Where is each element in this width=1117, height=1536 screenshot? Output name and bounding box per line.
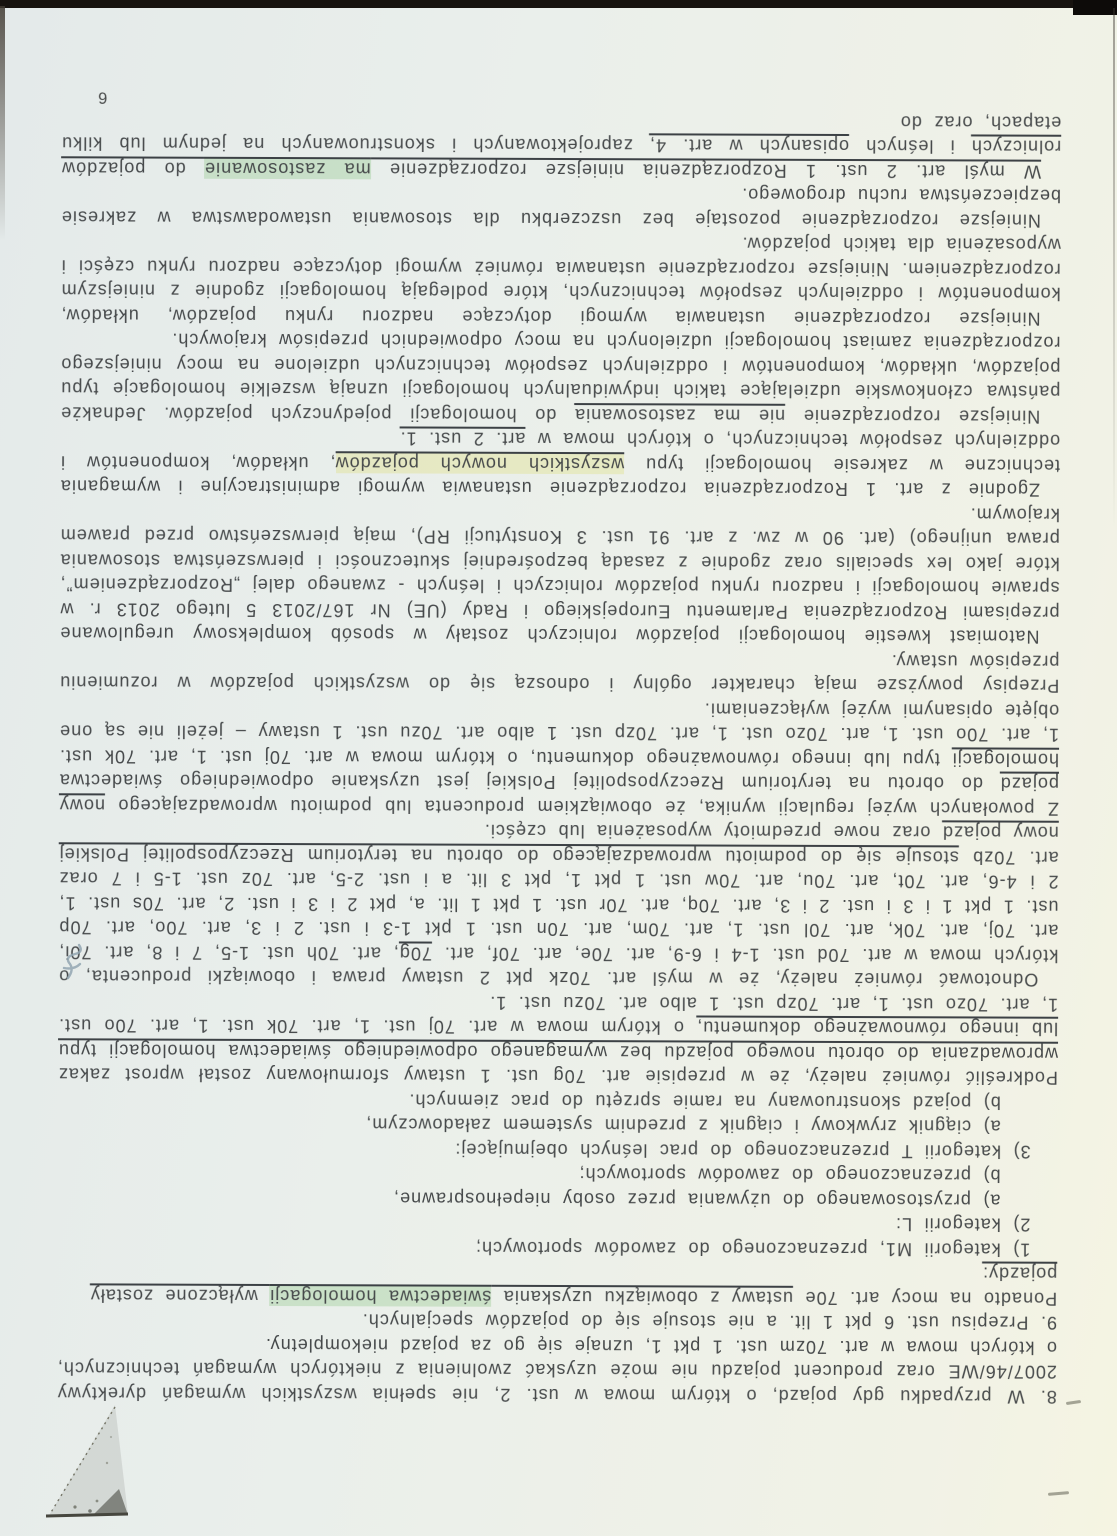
text-segment: typu lub innego równoważnego dokumentu, … — [59, 700, 1059, 770]
paragraph: Przepisy powyższe mają charakter ogólny … — [59, 646, 1059, 698]
paragraph: Natomiast kwestie homologacji pojazdów r… — [59, 499, 1060, 649]
text-segment: Niniejsze rozporządzenie ustanawia wymog… — [61, 234, 1061, 329]
text-segment: a) przystosowanego do używania przez oso… — [393, 1188, 1001, 1210]
text-segment: do obrotu na terytorium Rzeczypospolitej… — [59, 771, 1000, 794]
text-segment: 1) kategorii M1, przeznaczonego do zawod… — [475, 1238, 1030, 1260]
margin-pen-mark — [56, 938, 90, 984]
text-segment: a) ciągnik zrywkowy i ciągnik z przednim… — [365, 1115, 1000, 1137]
underlined-text: W myśl art. 2 ust. 1 Rozporządzenia nini… — [371, 159, 1041, 181]
underlined-text: opisanych w art. 4, — [649, 136, 849, 157]
scanned-page: 8. W przypadku gdy pojazd, o którym mowa… — [0, 0, 1117, 1536]
paragraph: Z powołanych wyżej regulacji wynika, że … — [59, 695, 1059, 821]
paragraph: 1) kategorii M1, przeznaczonego do zawod… — [57, 1234, 1057, 1262]
text-segment: Z powołanych wyżej regulacji wynika, że … — [105, 795, 1059, 818]
text-segment: 2) kategorii L: — [895, 1215, 1030, 1235]
paragraph: pojazdy: — [57, 1258, 1057, 1286]
document-sheet: 8. W przypadku gdy pojazd, o którym mowa… — [0, 0, 1117, 1536]
text-segment: Ponadto na mocy art. 70e — [793, 1288, 1057, 1309]
underlined-text: 70g — [399, 943, 432, 963]
underlined-text: homologacji — [952, 749, 1059, 769]
text-segment: Podkreślić również należy, że w przepisi… — [58, 1065, 1058, 1088]
underlined-text: wyłączone zostały — [90, 1285, 270, 1306]
text-segment: Przepisy powyższe mają charakter ogólny … — [59, 651, 1059, 696]
paragraph: 2) kategorii L: — [57, 1209, 1057, 1237]
text-segment: b) pojazd skonstruowany na ramie sprzętu… — [408, 1090, 1000, 1112]
paragraph: 3) kategorii T przeznaczonego do prac le… — [58, 1136, 1058, 1164]
underlined-text: ustawy z obowiązku uzyskania — [491, 1287, 793, 1308]
paragraph: Ponadto na mocy art. 70e ustawy z obowią… — [57, 1283, 1057, 1311]
page-number: 6 — [98, 87, 107, 106]
underlined-text: pojazdy: — [982, 1264, 1057, 1284]
paragraph: b) pojazd skonstruowany na ramie sprzętu… — [58, 1087, 1058, 1115]
paragraph: a) przystosowanego do używania przez oso… — [57, 1185, 1057, 1213]
text-segment: oraz nowe przedmioty wyposażenia lub czę… — [484, 821, 942, 843]
paragraph: Niniejsze rozporządzenie pozostaje bez u… — [61, 180, 1061, 232]
underlined-text: nie ma zastosowania — [574, 405, 785, 426]
text-segment: 9. Przepisu ust. 6 pkt 1 lit. a nie stos… — [362, 1311, 1057, 1333]
text-segment: i leśnych — [849, 137, 971, 157]
highlighted-text: wszystkich nowych pojazdów — [336, 453, 625, 474]
paragraph: Zgodnie z art. 1 Rozporządzenia rozporzą… — [60, 425, 1060, 502]
text-segment: Niniejsze rozporządzenie pozostaje bez u… — [61, 185, 1061, 231]
text-segment: 8. W przypadku gdy pojazd, o którym mowa… — [57, 1335, 1057, 1407]
paragraph: Podkreślić również należy, że w przepisi… — [58, 989, 1058, 1090]
scan-edge-left-shadow — [0, 6, 5, 241]
paragraph: b) przeznaczonego do zawodów sportowych; — [58, 1160, 1058, 1188]
document-text: 8. W przypadku gdy pojazd, o którym mowa… — [57, 107, 1062, 1409]
scan-edge-top-bar — [0, 0, 1117, 8]
corner-fold-artifact — [35, 1393, 145, 1528]
text-segment: Natomiast kwestie homologacji pojazdów r… — [59, 504, 1059, 647]
highlighted-text: świadectwa homologacji — [269, 1286, 491, 1307]
underlined-text: art. 2 ust. 1. — [400, 429, 526, 449]
paragraph: W myśl art. 2 ust. 1 Rozporządzenia nini… — [61, 107, 1061, 184]
highlighted-text: ma zastosowanie — [204, 159, 371, 180]
scan-edge-corner-block — [1073, 0, 1117, 15]
text-segment: b) przeznaczonego do zawodów sportowych; — [579, 1165, 1001, 1186]
paragraph: Niniejsze rozporządzenie nie ma zastosow… — [60, 327, 1060, 428]
scan-edge-right-line — [1113, 8, 1115, 528]
text-segment: Niniejsze rozporządzenie — [785, 406, 1040, 427]
paragraph: 8. W przypadku gdy pojazd, o którym mowa… — [57, 1332, 1057, 1409]
paragraph: a) ciągnik zrywkowy i ciągnik z przednim… — [58, 1111, 1058, 1139]
paragraph: Niniejsze rozporządzenie ustanawia wymog… — [61, 229, 1061, 330]
paragraph: Odnotować również należy, że w myśl art.… — [58, 817, 1059, 992]
paragraph: 9. Przepisu ust. 6 pkt 1 lit. a nie stos… — [57, 1307, 1057, 1335]
text-segment: 3) kategorii T przeznaczonego do prac le… — [454, 1140, 1030, 1162]
